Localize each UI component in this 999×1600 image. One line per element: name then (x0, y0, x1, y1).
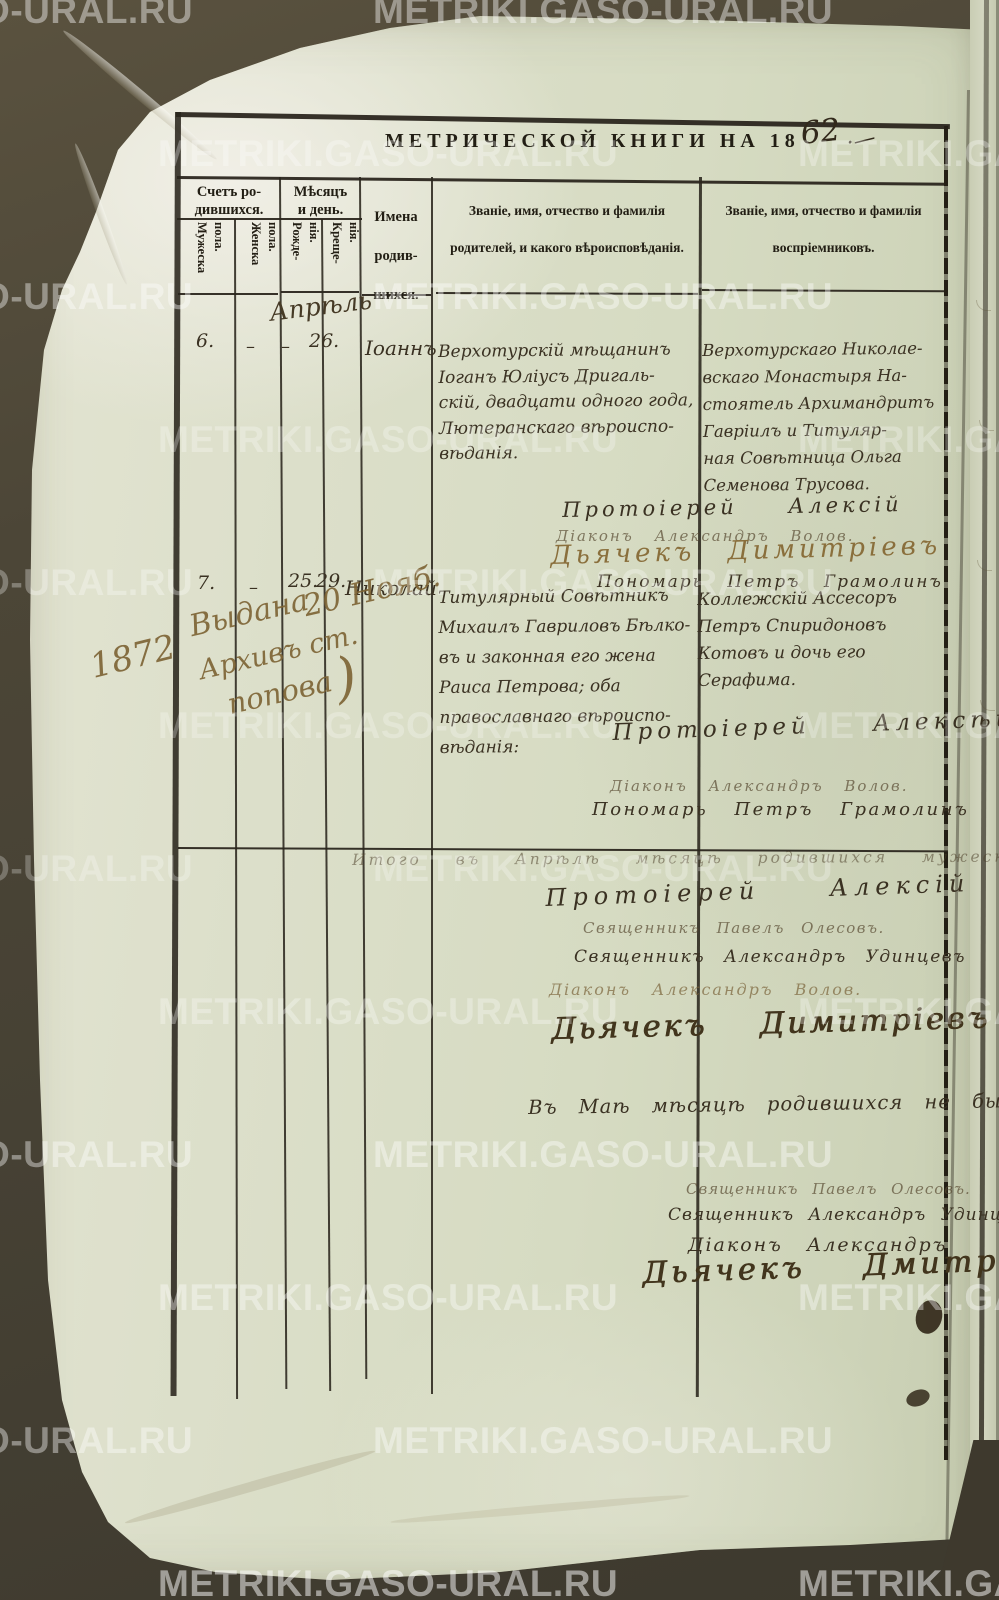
entry-parents-text: Верхотурскій мѣщанинъІоганъ Юліусъ Дрига… (438, 337, 694, 467)
entry-number: 7. (197, 572, 215, 594)
handwriting-line: въ и законная его жена (439, 640, 691, 673)
clergy-signature: Діаконъ Александръ Волов. (549, 980, 862, 999)
subcolumn-header-birth: Рожде- нія. (288, 222, 322, 296)
column-header-count: Счетъ ро- дившихся. (179, 183, 279, 219)
subcolumn-header-female: Женска пола. (247, 222, 281, 296)
handwriting-line: Михаилъ Гавриловъ Бѣлко- (438, 610, 690, 643)
clergy-signature: Священникъ Александръ Удинцевъ (668, 1205, 999, 1225)
entry-child-name: Іоаннъ (365, 336, 437, 360)
handwriting-line: Петръ Спиридоновъ (697, 612, 897, 641)
entry-godparents-text: Верхотурскаго Николае-вскаго Монастыря Н… (702, 335, 935, 499)
entry-female-mark: – (246, 336, 255, 357)
handwriting-line: Котовъ и дочь его (698, 639, 898, 668)
column-header-godparents: Званіе, имя, отчество и фамилія воспріем… (701, 192, 946, 266)
handwriting-line: Раиса Петрова; оба (439, 670, 691, 703)
clergy-signature: Священникъ Павелъ Олесовъ. (686, 1180, 971, 1198)
handwriting-line: Лютеранскаго вѣроиспо- (439, 414, 694, 442)
scanned-metrical-book-page: МЕТРИЧЕСКОЙ КНИГИ НА 18 62 ·— Счетъ ро- … (0, 0, 999, 1600)
page-title: МЕТРИЧЕСКОЙ КНИГИ НА 18 (385, 130, 800, 153)
handwriting-line: скій, двадцати одного года, (439, 388, 694, 416)
entry-baptism-day: 26. (309, 330, 339, 352)
watermark-text: METRIKI.GASO-URAL.RU (0, 0, 193, 32)
subcolumn-header-male: Мужеска пола. (193, 222, 227, 296)
column-header-month-day: Мѣсяцъ и день. (281, 183, 360, 219)
page-title-year-handwritten: 62 (799, 112, 842, 152)
handwriting-line: стоятель Архимандритъ (703, 389, 935, 418)
clergy-signature: Пономарь Петръ Грамолинъ (592, 799, 969, 820)
clergy-signature: Священникъ Павелъ Олесовъ. (583, 919, 885, 937)
column-header-parents: Званіе, имя, отчество и фамилія родителе… (436, 192, 698, 266)
handwriting-line: Іоганъ Юліусъ Дригаль- (438, 363, 693, 391)
subcolumn-header-baptism: Креще- нія. (328, 222, 362, 296)
entry-godparents-text: Коллежскій АссесоръПетръ СпиридоновъКото… (697, 585, 898, 695)
handwriting-line: вѣданія. (439, 439, 694, 467)
handwriting-line: Верхотурскій мѣщанинъ (438, 337, 693, 365)
entry-number: 6. (196, 330, 214, 352)
handwriting-line: Верхотурскаго Николае- (702, 335, 934, 364)
handwriting-line: Серафима. (698, 666, 898, 695)
clergy-signature: Священникъ Александръ Удинцевъ (574, 947, 966, 967)
handwriting-line: Гавріилъ и Титуляр- (703, 416, 935, 445)
handwriting-line: ная Совѣтница Ольга (703, 443, 935, 472)
entry-birth-mark: – (281, 336, 290, 357)
handwriting-line: Титулярный Совѣтникъ (438, 580, 690, 613)
handwriting-line: вскаго Монастыря На- (702, 362, 934, 391)
clergy-signature: Діаконъ Александръ Волов. (610, 777, 909, 795)
april-total-line: Итого въ Апрѣлѣ мѣсяцѣ родившихся мужеск… (352, 847, 999, 869)
handwriting-line: Коллежскій Ассесоръ (697, 585, 897, 614)
